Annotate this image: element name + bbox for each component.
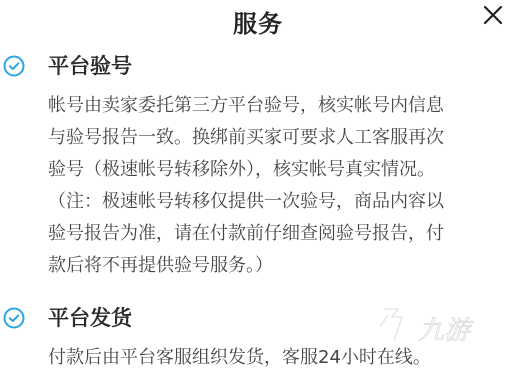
svg-text:九游: 九游 [418,316,474,346]
description-line: 验号报告为准，请在付款前仔细查阅验号报告，付 [48,218,508,250]
watermark: 九游 [372,305,484,347]
description-line: 款后将不再提供验号服务。） [48,250,508,282]
check-circle-icon [3,307,25,329]
close-icon [480,2,506,28]
description-line: 验号（极速帐号转移除外），核实帐号真实情况。 [48,154,508,186]
page-title: 服务 [0,4,516,39]
service-section-verification: 平台验号 帐号由卖家委托第三方平台验号，核实帐号内信息 与验号报告一致。换绑前买… [0,48,516,88]
section-description: 帐号由卖家委托第三方平台验号，核实帐号内信息 与验号报告一致。换绑前买家可要求人… [48,90,508,282]
modal-header: 服务 [0,0,516,40]
section-title: 平台验号 [48,50,132,80]
section-title: 平台发货 [48,302,132,332]
description-line: （注：极速帐号转移仅提供一次验号，商品内容以 [48,186,508,218]
check-circle-icon [3,55,25,77]
jiuyou-logo-icon: 九游 [372,305,484,347]
description-line: 与验号报告一致。换绑前买家可要求人工客服再次 [48,122,508,154]
close-button[interactable] [480,2,506,28]
description-line: 帐号由卖家委托第三方平台验号，核实帐号内信息 [48,90,508,122]
